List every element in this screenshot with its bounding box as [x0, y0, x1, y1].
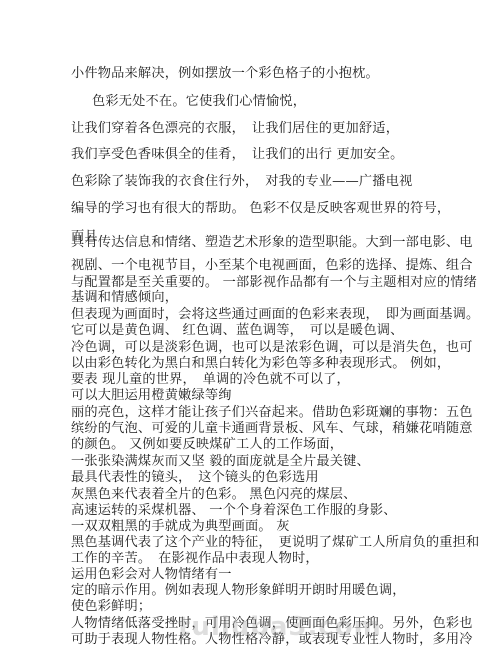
- document-line: 以由彩色转化为黑白和黑白转化为彩色等多种表现形式。 例如，: [71, 356, 450, 372]
- document-line: 可助于表现人物性格。人物性格冷静，或表现专业性人物时，多用冷: [71, 632, 473, 648]
- document-line: 基调和情感倾向，: [71, 290, 178, 306]
- document-line: 具有传达信息和情绪、塑造艺术形象的造型职能。大到一部电影、电: [71, 235, 473, 251]
- document-line: 小件物品来解决，例如摆放一个彩色格子的小抱枕。: [71, 66, 379, 82]
- document-line: 色彩除了装饰我的衣食住行外， 对我的专业——广播电视: [71, 174, 412, 190]
- document-line: 一张张染满煤灰而又坚 毅的面庞就是全片最关键、: [71, 454, 370, 470]
- document-line: 人物情绪低落受挫时，可用冷色调，使画面色彩压抑。另外，色彩也: [71, 616, 473, 632]
- document-line: 要表 现儿童的世界， 单调的冷色就不可以了，: [71, 372, 350, 388]
- document-line: 工作的辛苦。 在影视作品中表现人物时，: [71, 551, 319, 567]
- document-line: 编导的学习也有很大的帮助。 色彩不仅是反映客观世界的符号，: [71, 201, 450, 217]
- document-line: 丽的亮色，这样才能让孩子们兴奋起来。借助色彩斑斓的事物：五色: [71, 405, 473, 421]
- document-line: 但表现为画面时，会将这些通过画面的色彩来表现， 即为画面基调。: [71, 307, 479, 323]
- document-line: 高速运转的采煤机器、 一个个身着深色工作服的身影、: [71, 503, 397, 519]
- document-line: 运用色彩会对人物情绪有一: [71, 567, 232, 583]
- document-page: 小件物品来解决，例如摆放一个彩色格子的小抱枕。色彩无处不在。它使我们心情愉悦，让…: [0, 0, 500, 648]
- document-line: 它可以是黄色调、 红色调、蓝色调等， 可以是暖色调、: [71, 323, 403, 339]
- document-line: 缤纷的气泡、可爱的儿童卡通画背景板、风车、气球，稍嫌花哨随意: [71, 421, 473, 437]
- document-line: 使色彩鲜明；: [71, 599, 151, 615]
- document-line: 的颜色。 又例如要反映煤矿工人的工作场面，: [71, 437, 343, 453]
- document-line: 让我们穿着各色漂亮的衣服， 让我们居住的更加舒适，: [71, 121, 399, 137]
- document-line: 最具代表性的镜头， 这个镜头的色彩选用: [71, 470, 319, 486]
- document-line: 灰黑色来代表着全片的色彩。 黑色闪亮的煤层、: [71, 487, 357, 503]
- document-line: 我们享受色香味俱全的佳肴， 让我们的出行 更加安全。: [71, 147, 403, 163]
- document-line: 色彩无处不在。它使我们心情愉悦，: [92, 94, 306, 110]
- document-line: 与配置都是至关重要的。 一部影视作品都有一个与主题相对应的情绪: [71, 275, 477, 291]
- document-line: 定的暗示作用。例如表现人物形象鲜明开朗时用暖色调，: [71, 583, 406, 599]
- document-line: 视剧、一个电视节目，小至某个电视画面，色彩的选择、提炼、组合: [71, 258, 473, 274]
- document-line: 黑色基调代表了这个产业的特征， 更说明了煤矿工人所肩负的重担和: [71, 535, 479, 551]
- document-line: 可以大胆运用橙黄嫩绿等绚: [71, 388, 232, 404]
- document-line: 一双双粗黑的手就成为典型画面。 灰: [71, 519, 290, 535]
- document-line: 冷色调，可以是淡彩色调，也可以是浓彩色调，可以是消失色，也可: [71, 340, 473, 356]
